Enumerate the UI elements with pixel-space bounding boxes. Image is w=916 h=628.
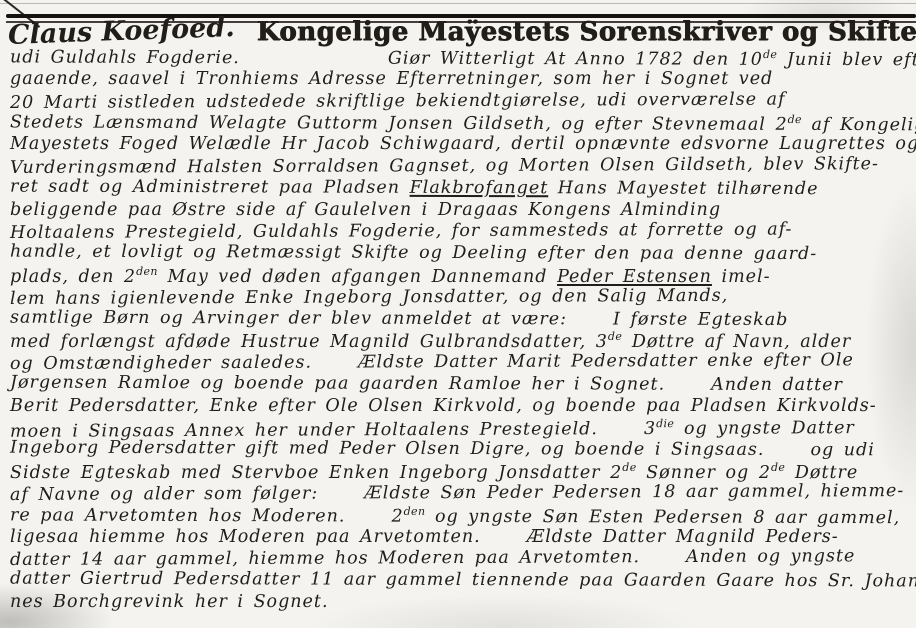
text-run: Jørgensen Ramloe og boende paa gaarden R… bbox=[10, 373, 665, 395]
text-run: re paa Arvetomten hos Moderen. bbox=[10, 505, 346, 526]
text-run: Sønner og 2 bbox=[637, 463, 771, 483]
text-run: og yngste Søn Esten Pedersen 8 aar gamme… bbox=[425, 506, 900, 527]
manuscript-line: ret sadt og Administreret paa Pladsen Fl… bbox=[10, 176, 916, 201]
text-run: de bbox=[771, 461, 785, 474]
text-run: Berit Pedersdatter, Enke efter Ole Olsen… bbox=[10, 396, 877, 416]
header-row: Claus Koefoed.Kongelige Maÿestets Sorens… bbox=[8, 16, 914, 47]
text-run: 20 Marti sistleden udstedede skriftlige … bbox=[10, 89, 786, 112]
text-run: 2 bbox=[391, 506, 403, 526]
text-run: beliggende paa Østre side af Gaulelven i… bbox=[10, 200, 721, 220]
manuscript-line: udi Guldahls Fogderie.Giør Witterligt At… bbox=[10, 46, 916, 71]
text-run: Ældste Datter Magnild Peders- bbox=[527, 527, 839, 547]
manuscript-lines: udi Guldahls Fogderie.Giør Witterligt At… bbox=[10, 47, 916, 614]
manuscript-line: Mayestets Foged Welædle Hr Jacob Schiwga… bbox=[10, 134, 916, 156]
text-run: Sidste Egteskab med Stervboe Enken Ingeb… bbox=[10, 463, 622, 483]
text-run: Ældste Søn Peder Pedersen 18 aar gammel,… bbox=[364, 481, 904, 503]
manuscript-line: beliggende paa Østre side af Gaulelven i… bbox=[10, 200, 916, 222]
text-run: May ved døden afgangen Dannemand bbox=[158, 267, 557, 287]
text-run: Ældste Datter Marit Pedersdatter enke ef… bbox=[358, 350, 854, 372]
text-run: Stedets Lænsmand Welagte Guttorm Jonsen … bbox=[10, 113, 788, 135]
text-run: Ingeborg Pedersdatter gift med Peder Ols… bbox=[10, 438, 765, 460]
text-run: ret sadt og Administreret paa Pladsen bbox=[10, 176, 410, 197]
text-run: nes Borchgrevink her i Sognet. bbox=[10, 592, 329, 612]
text-run: Giør Witterligt At Anno 1782 den 10 bbox=[388, 49, 763, 70]
text-run: og udi bbox=[810, 440, 874, 460]
text-run: de bbox=[622, 461, 636, 474]
text-run: Anden og yngste bbox=[686, 547, 855, 568]
text-run: af Kongelig bbox=[802, 115, 916, 135]
manuscript-line: Vurderingsmænd Halsten Sorraldsen Gagnse… bbox=[10, 154, 916, 180]
text-run: de bbox=[788, 113, 802, 126]
manuscript-line: Jørgensen Ramloe og boende paa gaarden R… bbox=[10, 373, 916, 398]
manuscript-line: med forlængst afdøde Hustrue Magnild Gul… bbox=[10, 330, 916, 352]
manuscript-line: lem hans igienlevende Enke Ingeborg Jons… bbox=[10, 285, 916, 311]
text-run: og Omstændigheder saaledes. bbox=[10, 353, 312, 374]
text-run: Holtaalens Prestegield, Guldahls Fogderi… bbox=[10, 220, 793, 243]
manuscript-line: re paa Arvetomten hos Moderen.2den og yn… bbox=[10, 503, 916, 528]
text-run: I første Egteskab bbox=[613, 309, 788, 330]
text-run: Døttre bbox=[785, 463, 858, 483]
manuscript-line: datter Giertrud Pedersdatter 11 aar gamm… bbox=[10, 569, 916, 594]
text-run: de bbox=[763, 48, 777, 61]
text-run: Vurderingsmænd Halsten Sorraldsen Gagnse… bbox=[10, 154, 879, 178]
manuscript-page: Claus Koefoed.Kongelige Maÿestets Sorens… bbox=[0, 0, 916, 628]
text-run: Anden datter bbox=[711, 375, 843, 395]
scan-edge-line bbox=[0, 3, 916, 4]
manuscript-line: samtlige Børn og Arvinger der blev anmel… bbox=[10, 307, 916, 332]
text-run: datter 14 aar gammel, hiemme hos Moderen… bbox=[10, 548, 640, 571]
text-run: ligesaa hiemme hos Moderen paa Arvetomte… bbox=[10, 527, 481, 547]
underlined-name: Flakbrofanget bbox=[410, 178, 549, 198]
text-run: imel- bbox=[712, 267, 771, 287]
manuscript-line: plads, den 2den May ved døden afgangen D… bbox=[10, 265, 916, 287]
text-run: Mayestets Foged Welædle Hr Jacob Schiwga… bbox=[10, 134, 916, 154]
manuscript-line: af Navne og alder som følger:Ældste Søn … bbox=[10, 481, 916, 507]
text-run: af Navne og alder som følger: bbox=[10, 484, 318, 505]
text-run: handle, et lovligt og Retmæssigt Skifte … bbox=[10, 242, 817, 265]
text-run: Hans Mayestet tilhørende bbox=[548, 178, 818, 199]
text-run: 3 bbox=[644, 419, 656, 439]
text-run: die bbox=[656, 417, 674, 430]
text-run: datter Giertrud Pedersdatter 11 aar gamm… bbox=[10, 569, 916, 592]
text-run: med forlængst afdøde Hustrue Magnild Gul… bbox=[10, 332, 608, 352]
manuscript-line: handle, et lovligt og Retmæssigt Skifte … bbox=[10, 242, 916, 267]
text-run: lem hans igienlevende Enke Ingeborg Jons… bbox=[10, 286, 728, 309]
text-run: Døttre af Navn, alder bbox=[622, 332, 851, 352]
text-run: den bbox=[136, 265, 158, 278]
text-run: Junii blev efter fore- bbox=[777, 50, 916, 71]
text-run: udi Guldahls Fogderie. bbox=[10, 47, 240, 68]
text-run: gaaende, saavel i Tronhiems Adresse Efte… bbox=[10, 69, 773, 89]
official-title: Kongelige Maÿestets Sorenskriver og Skif… bbox=[257, 17, 916, 47]
text-run: og yngste Datter bbox=[674, 418, 855, 439]
text-run: plads, den 2 bbox=[10, 267, 136, 287]
text-run: den bbox=[404, 505, 426, 518]
manuscript-line: Stedets Lænsmand Welagte Guttorm Jonsen … bbox=[10, 111, 916, 136]
manuscript-line: nes Borchgrevink her i Sognet. bbox=[10, 592, 916, 614]
manuscript-line: Berit Pedersdatter, Enke efter Ole Olsen… bbox=[10, 396, 916, 418]
manuscript-line: Sidste Egteskab med Stervboe Enken Ingeb… bbox=[10, 461, 916, 483]
text-run: samtlige Børn og Arvinger der blev anmel… bbox=[10, 307, 567, 329]
manuscript-line: ligesaa hiemme hos Moderen paa Arvetomte… bbox=[10, 527, 916, 549]
underlined-name: Peder Estensen bbox=[557, 267, 712, 287]
manuscript-line: gaaende, saavel i Tronhiems Adresse Efte… bbox=[10, 69, 916, 91]
text-run: de bbox=[608, 330, 622, 343]
manuscript-line: Ingeborg Pedersdatter gift med Peder Ols… bbox=[10, 438, 916, 463]
